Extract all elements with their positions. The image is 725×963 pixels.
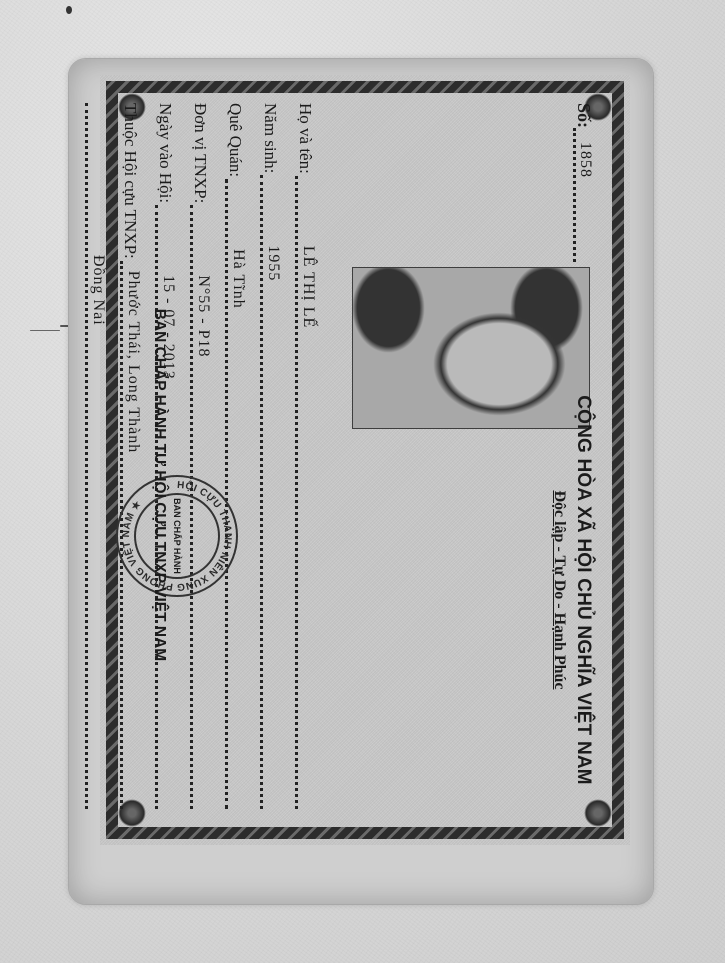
- member-fields: Họ và tên: LÊ THỊ LẾ Năm sinh: 1955 Quê …: [85, 103, 330, 809]
- field-label: Năm sinh:: [260, 103, 280, 173]
- serial-number: Số: 1858: [573, 103, 594, 262]
- field-value-line: Đồng Nai: [85, 103, 108, 809]
- official-stamp: HỘI CỰU THANH NIÊN XUNG PHONG VIỆT NAM ★…: [116, 475, 238, 597]
- stamp-center-text: BAN CHẤP HÀNH: [172, 498, 182, 574]
- membership-card: Số: 1858 CỘNG HÒA XÃ HỘI CHỦ NGHĨA VIỆT …: [100, 75, 630, 845]
- field-label: Ngày vào Hội:: [155, 103, 175, 203]
- paper-speck: [30, 330, 60, 331]
- nation-motto: Độc lập - Tự Do - Hạnh Phúc: [550, 490, 568, 689]
- field-label: Đơn vị TNXP:: [190, 103, 210, 203]
- serial-value: 1858: [573, 128, 594, 262]
- field-association-continued: Đồng Nai: [85, 103, 120, 809]
- card-header: CỘNG HÒA XÃ HỘI CHỦ NGHĨA VIỆT NAM Độc l…: [550, 365, 594, 815]
- field-full-name: Họ và tên: LÊ THỊ LẾ: [295, 103, 330, 809]
- field-value: Đồng Nai: [90, 255, 107, 326]
- stamp-center: BAN CHẤP HÀNH: [134, 493, 220, 579]
- field-hometown: Quê Quán: Hà Tĩnh: [225, 103, 260, 809]
- field-unit: Đơn vị TNXP: N°55 - P18: [190, 103, 225, 809]
- field-value: LÊ THỊ LẾ: [295, 176, 318, 809]
- field-value: 1955: [260, 175, 283, 809]
- field-label: Quê Quán:: [225, 103, 245, 177]
- field-label: Họ và tên:: [295, 103, 315, 174]
- serial-label: Số:: [573, 103, 594, 128]
- issuer-line: BAN CHẤP HÀNH TƯ HỘI CỰU TNXP VIỆT NAM: [150, 265, 168, 705]
- field-birth-year: Năm sinh: 1955: [260, 103, 295, 809]
- field-label: Thuộc Hội cựu TNXP:: [120, 103, 140, 259]
- paper-speck: [66, 6, 72, 14]
- nation-title: CỘNG HÒA XÃ HỘI CHỦ NGHĨA VIỆT NAM: [572, 365, 594, 815]
